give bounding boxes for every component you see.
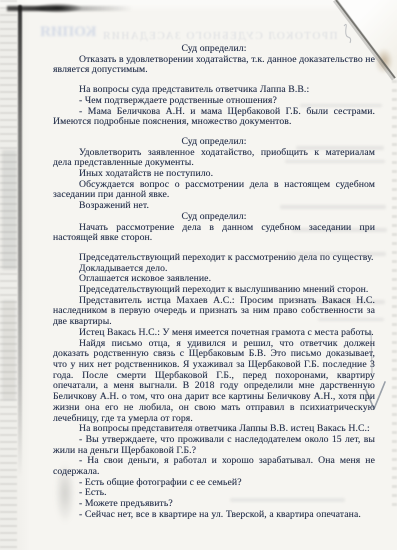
procedural-line: Обсуждается вопрос о рассмотрении дела в… bbox=[53, 180, 375, 201]
dialog-line: - На свои деньги, я работал и хорошо зар… bbox=[53, 456, 375, 477]
plaintiff-representative-statement: Представитель истца Махаев А.С.: Просим … bbox=[53, 296, 375, 328]
dialog-line: - Вы утверждаете, что проживали с наслед… bbox=[53, 435, 375, 456]
dialog-line: - Мама Беличкова А.Н. и мама Щербаковой … bbox=[53, 107, 375, 128]
plaintiff-testimony: Найдя письмо отца, я удивился и решил, ч… bbox=[53, 339, 375, 425]
scanned-court-protocol-page: ПРОТОКОЛ СУДЕБНОГО ЗАСЕДАНИЯ КОПИЯ Суд о… bbox=[0, 0, 397, 550]
decision-paragraph: Удовлетворить заявленное ходатайство, пр… bbox=[53, 148, 375, 169]
right-edge-noise bbox=[392, 80, 397, 510]
court-decision-heading: Суд определил: bbox=[53, 212, 375, 223]
vertical-crease-shadow bbox=[18, 5, 22, 477]
left-edge-noise bbox=[0, 0, 17, 550]
document-text: Суд определил: Отказать в удовлетворении… bbox=[53, 44, 375, 521]
dialog-line: - Чем подтверждаете родственные отношени… bbox=[53, 96, 375, 107]
fold-stain bbox=[375, 48, 393, 74]
decision-paragraph: Отказать в удовлетворении ходатайства, т… bbox=[53, 55, 375, 76]
decision-paragraph: Начать рассмотрение дела в данном судебн… bbox=[53, 223, 375, 244]
bleedthrough-copy-stamp: КОПИЯ bbox=[40, 24, 96, 41]
plaintiff-statement: Истец Вакась Н.С.: У меня имеется почетн… bbox=[53, 328, 375, 339]
bleedthrough-mirrored-title: ПРОТОКОЛ СУДЕБНОГО ЗАСЕДАНИЯ bbox=[92, 30, 347, 42]
crease-dark-knot bbox=[34, 3, 82, 13]
pen-scribble-on-fold bbox=[344, 24, 351, 43]
dialog-line: - Сейчас нет, все в квартире на ул. Твер… bbox=[53, 510, 375, 521]
